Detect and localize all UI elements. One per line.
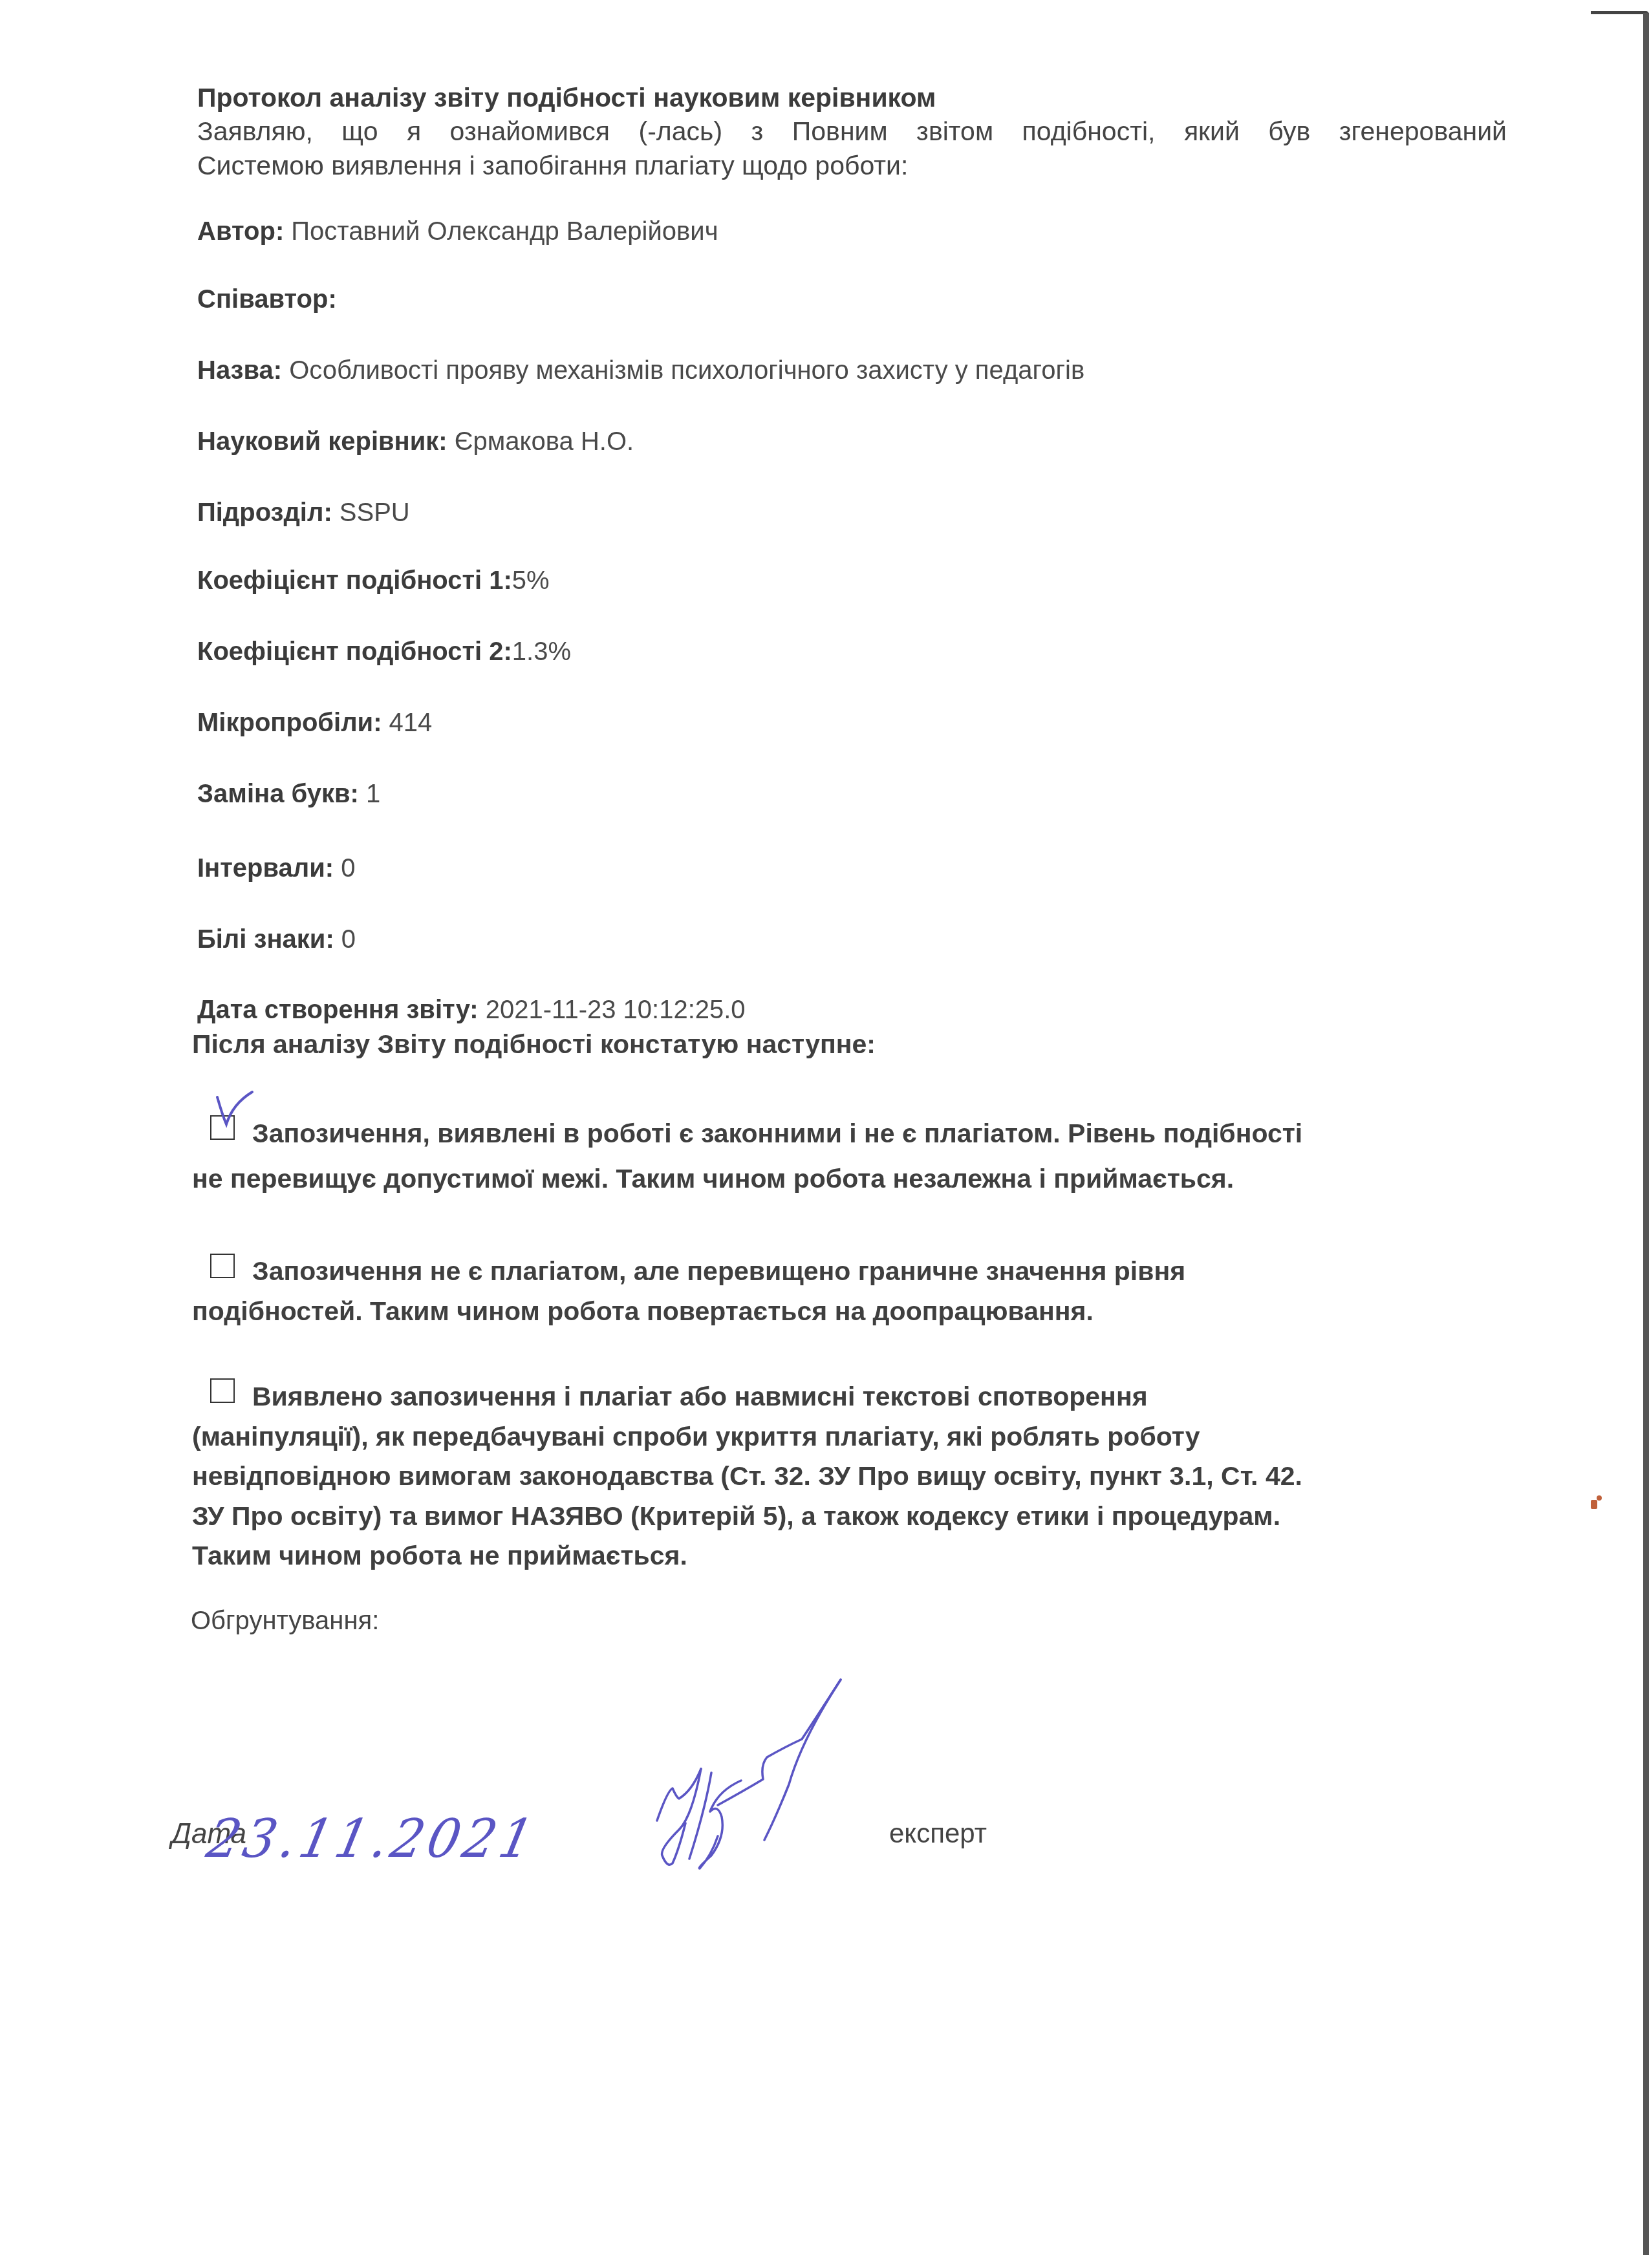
option-3-line-4: ЗУ Про освіту) та вимог НАЗЯВО (Критерій… — [192, 1501, 1280, 1532]
field-intervals: Інтервали: 0 — [197, 854, 356, 883]
field-label: Мікропробіли: — [197, 709, 382, 737]
option-3-line-1: Виявлено запозичення і плагіат або навми… — [252, 1382, 1148, 1412]
field-coauthor: Співавтор: — [197, 285, 337, 314]
intro-word: я — [407, 116, 421, 147]
field-similarity-1: Коефіцієнт подібності 1:5% — [197, 566, 550, 595]
field-label: Коефіцієнт подібності 2: — [197, 637, 512, 666]
intro-word: звітом — [916, 116, 993, 147]
field-value: 5% — [512, 566, 550, 595]
document-title: Протокол аналізу звіту подібності науков… — [197, 83, 936, 113]
option-3-line-3: невідповідною вимогам законодавства (Ст.… — [192, 1461, 1302, 1492]
field-value: 0 — [334, 925, 356, 954]
field-label: Підрозділ: — [197, 498, 332, 527]
option-1-line-2: не перевищує допустимої межі. Таким чино… — [192, 1164, 1234, 1194]
field-title: Назва: Особливості прояву механізмів пси… — [197, 356, 1084, 385]
field-similarity-2: Коефіцієнт подібності 2:1.3% — [197, 637, 571, 667]
option-2-line-1: Запозичення не є плагіатом, але перевище… — [252, 1256, 1185, 1287]
intro-word: подібності, — [1022, 116, 1156, 147]
intro-word: Повним — [792, 116, 888, 147]
option-3-line-5: Таким чином робота не приймається. — [192, 1541, 687, 1571]
field-value: 1 — [359, 780, 380, 808]
field-value: Поставний Олександр Валерійович — [284, 217, 718, 246]
intro-word: згенерований — [1339, 116, 1507, 147]
field-report-date: Дата створення звіту: 2021-11-23 10:12:2… — [197, 996, 746, 1025]
intro-word: Заявляю, — [197, 116, 313, 147]
field-label: Автор: — [197, 217, 284, 246]
handwritten-date: 23.11.2021 — [202, 1809, 543, 1870]
scan-edge-right — [1643, 13, 1649, 2255]
field-value: Особливості прояву механізмів психологіч… — [282, 356, 1084, 385]
option-1-line-1: Запозичення, виявлені в роботі є законни… — [252, 1118, 1302, 1149]
field-value: 2021-11-23 10:12:25.0 — [479, 996, 746, 1024]
scan-speck — [1591, 1500, 1597, 1509]
option-2-checkbox[interactable] — [210, 1254, 235, 1278]
field-value: 414 — [382, 709, 433, 737]
field-value: 0 — [334, 854, 355, 883]
field-letter-substitution: Заміна букв: 1 — [197, 780, 380, 809]
field-label: Коефіцієнт подібності 1: — [197, 566, 512, 595]
scan-speck — [1597, 1495, 1602, 1501]
intro-word: що — [341, 116, 378, 147]
field-label: Інтервали: — [197, 854, 334, 883]
field-label: Білі знаки: — [197, 925, 334, 954]
intro-line-1: Заявляю,щояознайомився(-лась)зПовнимзвіт… — [197, 116, 1507, 147]
expert-role-label: експерт — [889, 1818, 987, 1849]
signature-icon — [614, 1662, 905, 1888]
field-value: Єрмакова Н.О. — [447, 427, 634, 456]
field-supervisor: Науковий керівник: Єрмакова Н.О. — [197, 427, 634, 456]
justification-label: Обгрунтування: — [191, 1607, 379, 1636]
field-label: Науковий керівник: — [197, 427, 447, 456]
scan-edge-top — [1591, 11, 1649, 14]
field-value: SSPU — [332, 498, 410, 527]
option-3-line-2: (маніпуляції), як передбачувані спроби у… — [192, 1422, 1200, 1452]
intro-line-2: Системою виявлення і запобігання плагіат… — [197, 151, 908, 181]
field-white-chars: Білі знаки: 0 — [197, 925, 356, 954]
field-author: Автор: Поставний Олександр Валерійович — [197, 217, 718, 246]
intro-word: який — [1184, 116, 1240, 147]
intro-word: з — [751, 116, 764, 147]
field-label: Назва: — [197, 356, 282, 385]
field-value: 1.3% — [512, 637, 571, 666]
option-3-checkbox[interactable] — [210, 1378, 235, 1403]
field-label: Дата створення звіту: — [197, 996, 479, 1024]
field-label: Співавтор: — [197, 285, 337, 314]
intro-word: (-лась) — [639, 116, 723, 147]
field-department: Підрозділ: SSPU — [197, 498, 410, 528]
option-2-line-2: подібностей. Таким чином робота повертає… — [192, 1296, 1094, 1327]
intro-word: був — [1268, 116, 1310, 147]
intro-word: ознайомився — [450, 116, 610, 147]
field-label: Заміна букв: — [197, 780, 359, 808]
field-microspaces: Мікропробіли: 414 — [197, 709, 432, 738]
conclusion-heading: Після аналізу Звіту подібності констатую… — [192, 1029, 876, 1060]
